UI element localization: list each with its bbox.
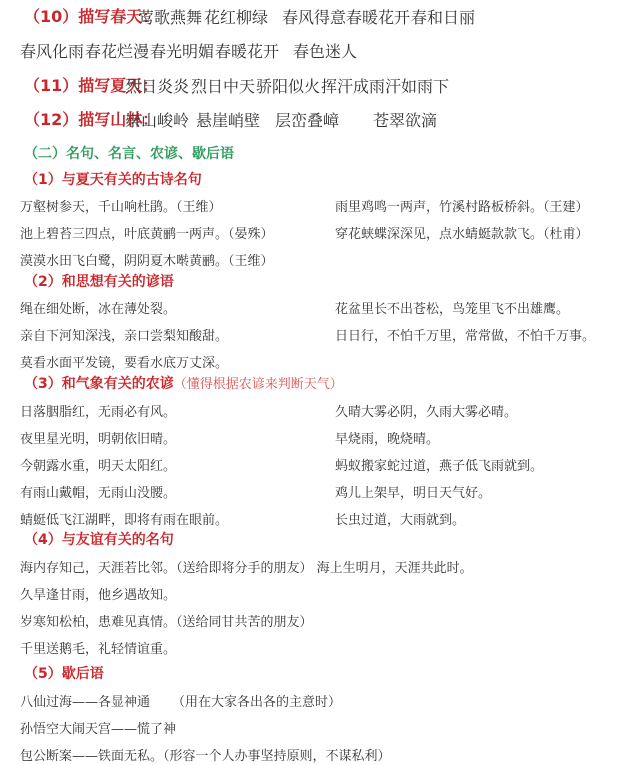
xiehouyu-saying: 包公断案——铁面无私。 — [20, 749, 163, 764]
friendship-line: 久旱逢甘雨，他乡遇故知。 — [20, 584, 176, 603]
spring-word: 春光明媚 — [150, 39, 214, 62]
poem-line: 池上碧苔三四点，叶底黄鹂一两声。（晏殊） — [20, 223, 274, 242]
xiehouyu-note: （形容一个人办事坚持原则，不谋私利） — [163, 749, 391, 764]
spring-word: 花红柳绿 — [204, 5, 268, 28]
xiehouyu-saying: 孙悟空大闹天宫——慌了神 — [20, 722, 176, 737]
xiehouyu-note: （用在大家各出各的主意时） — [172, 695, 341, 710]
weather-proverb: 长虫过道，大雨就到。 — [335, 509, 465, 528]
mountain-word: 层峦叠嶂 — [275, 108, 339, 131]
weather-proverb: 早烧雨，晚烧晴。 — [335, 428, 439, 447]
poem-line: 万壑树参天，千山响杜鹃。（王维） — [20, 196, 222, 215]
part-2-title: （二）名句、名言、农谚、歇后语 — [24, 143, 234, 163]
friendship-line: 海内存知己，天涯若比邻。（送给即将分手的朋友） 海上生明月，天涯共此时。 — [20, 557, 473, 576]
xiehouyu-line: 包公断案——铁面无私。（形容一个人办事坚持原则，不谋私利） — [20, 745, 391, 764]
weather-proverb: 夜里星光明，明朝依旧晴。 — [20, 428, 176, 447]
summer-word: 骄阳似火 — [256, 74, 320, 97]
sub-3-note: （懂得根据农谚来判断天气） — [174, 377, 343, 392]
spring-word: 春花烂漫 — [85, 39, 149, 62]
proverb-line: 花盆里长不出苍松，鸟笼里飞不出雄鹰。 — [335, 298, 569, 317]
friendship-line: 千里送鹅毛，礼轻情谊重。 — [20, 638, 176, 657]
proverb-line: 日日行，不怕千万里，常常做，不怕千万事。 — [335, 325, 595, 344]
spring-word: 春暖花开 — [346, 5, 410, 28]
weather-proverb: 蜻蜓低飞江湖畔，即将有雨在眼前。 — [20, 509, 228, 528]
xiehouyu-line: 八仙过海——各显神通（用在大家各出各的主意时） — [20, 691, 341, 710]
sub-3-title: （3）和气象有关的农谚 — [24, 376, 174, 392]
sub-5-title: （5）歇后语 — [24, 663, 104, 683]
spring-word: 春和日丽 — [411, 5, 475, 28]
spring-word: 春暖花开 — [215, 39, 279, 62]
spring-word: 春风得意 — [282, 5, 346, 28]
proverb-line: 绳在细处断，冰在薄处裂。 — [20, 298, 176, 317]
poem-line: 漠漠水田飞白鹭，阴阴夏木啭黄鹂。（王维） — [20, 250, 274, 269]
sub-1-title: （1）与夏天有关的古诗名句 — [24, 169, 202, 189]
mountain-word: 悬崖峭壁 — [196, 108, 260, 131]
sub-2-title: （2）和思想有关的谚语 — [24, 271, 174, 291]
weather-proverb: 日落胭脂红，无雨必有风。 — [20, 401, 176, 420]
sub-3-heading: （3）和气象有关的农谚（懂得根据农谚来判断天气） — [24, 373, 343, 393]
weather-proverb: 有雨山戴帽，无雨山没腰。 — [20, 482, 176, 501]
poem-line: 雨里鸡鸣一两声，竹溪村路板桥斜。（王建） — [335, 196, 589, 215]
weather-proverb: 久晴大雾必阴，久雨大雾必晴。 — [335, 401, 517, 420]
spring-word: 春色迷人 — [293, 39, 357, 62]
summer-word: 挥汗成雨 — [321, 74, 385, 97]
proverb-line: 莫看水面平发镜，要看水底万丈深。 — [20, 352, 228, 371]
summer-word: 烈日中天 — [191, 74, 255, 97]
weather-proverb: 蚂蚁搬家蛇过道，燕子低飞雨就到。 — [335, 455, 543, 474]
xiehouyu-saying: 八仙过海——各显神通 — [20, 695, 150, 710]
weather-proverb: 鸡儿上架早，明日天气好。 — [335, 482, 491, 501]
xiehouyu-line: 孙悟空大闹天宫——慌了神 — [20, 718, 176, 737]
spring-word: 莺歌燕舞 — [138, 5, 202, 28]
proverb-line: 亲自下河知深浅，亲口尝梨知酸甜。 — [20, 325, 228, 344]
summer-word: 烈日炎炎 — [125, 74, 189, 97]
weather-proverb: 今朝露水重，明天太阳红。 — [20, 455, 176, 474]
poem-line: 穿花蛱蝶深深见，点水蜻蜓款款飞。（杜甫） — [335, 223, 589, 242]
mountain-word: 苍翠欲滴 — [373, 108, 437, 131]
summer-word: 汗如雨下 — [385, 74, 449, 97]
mountain-word: 崇山峻岭 — [125, 108, 189, 131]
sub-4-title: （4）与友谊有关的名句 — [24, 529, 174, 549]
spring-word: 春风化雨 — [20, 39, 84, 62]
friendship-line: 岁寒知松柏，患难见真情。（送给同甘共苦的朋友） — [20, 611, 313, 630]
